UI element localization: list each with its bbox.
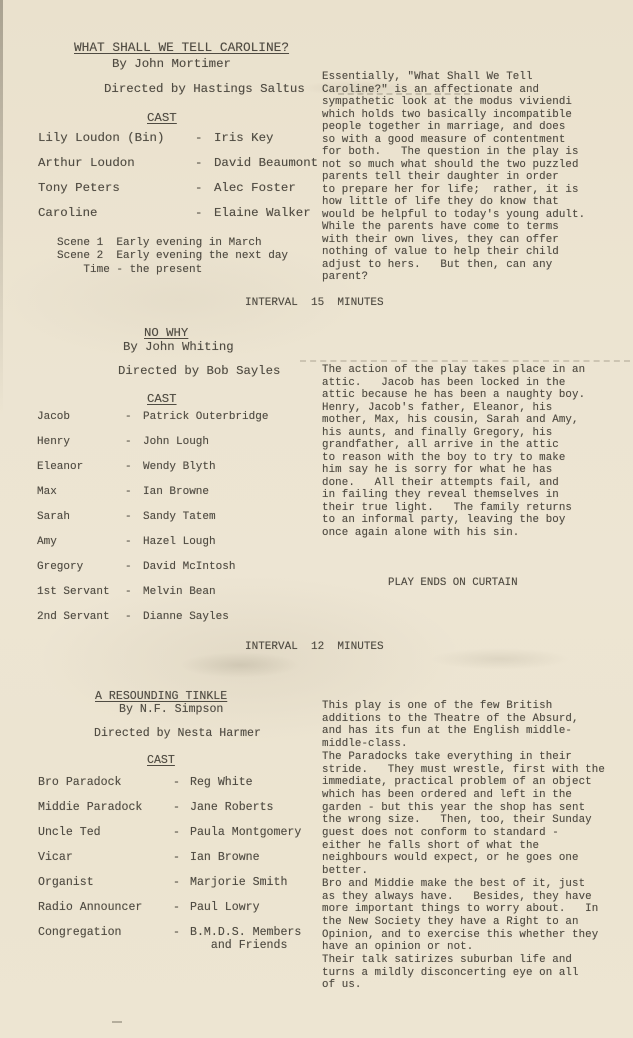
cast-role: Uncle Ted xyxy=(38,826,101,839)
cast-role: Arthur Loudon xyxy=(38,156,135,170)
cast-role: Jacob xyxy=(37,410,70,424)
cast-role: Tony Peters xyxy=(38,181,120,195)
play3-cast-heading: CAST xyxy=(147,754,175,767)
play3-cast-table: Bro Paradock-Reg WhiteMiddie Paradock-Ja… xyxy=(38,776,338,951)
play-ends-note: PLAY ENDS ON CURTAIN xyxy=(388,577,518,589)
cast-actor: Paul Lowry xyxy=(190,901,260,914)
cast-row: Tony Peters-Alec Foster xyxy=(38,181,338,206)
cast-dash: - xyxy=(195,131,202,145)
play3-byline: By N.F. Simpson xyxy=(119,703,223,716)
cast-row: Uncle Ted-Paula Montgomery xyxy=(38,826,338,851)
play3-description: This play is one of the few British addi… xyxy=(322,700,630,992)
play2-director: Directed by Bob Sayles xyxy=(118,364,280,378)
cast-role: Bro Paradock xyxy=(38,776,122,789)
cast-row: Middie Paradock-Jane Roberts xyxy=(38,801,338,826)
cast-dash: - xyxy=(125,610,132,624)
cast-dash: - xyxy=(173,926,180,939)
cast-actor: Patrick Outerbridge xyxy=(143,410,268,424)
play1-director: Directed by Hastings Saltus xyxy=(104,82,305,96)
cast-actor: Hazel Lough xyxy=(143,535,216,549)
cast-role: Organist xyxy=(38,876,94,889)
cast-actor: Wendy Blyth xyxy=(143,460,216,474)
cast-dash: - xyxy=(125,510,132,524)
interval-1-label: INTERVAL 15 MINUTES xyxy=(245,297,384,309)
cast-row: Sarah-Sandy Tatem xyxy=(37,510,337,535)
cast-dash: - xyxy=(125,560,132,574)
cast-role: Gregory xyxy=(37,560,83,574)
scan-artifact xyxy=(180,652,300,678)
play1-scene-notes: Scene 1 Early evening in March Scene 2 E… xyxy=(57,237,288,277)
play1-title: WHAT SHALL WE TELL CAROLINE? xyxy=(74,41,289,55)
scan-artifact xyxy=(430,648,570,670)
cast-role: Lily Loudon (Bin) xyxy=(38,131,164,145)
cast-actor: Jane Roberts xyxy=(190,801,274,814)
cast-row: Bro Paradock-Reg White xyxy=(38,776,338,801)
cast-actor: Elaine Walker xyxy=(214,206,311,220)
play2-description: The action of the play takes place in an… xyxy=(322,364,630,539)
scan-artifact xyxy=(112,1021,122,1023)
cast-row: Lily Loudon (Bin)-Iris Key xyxy=(38,131,338,156)
scanned-programme-page: WHAT SHALL WE TELL CAROLINE? By John Mor… xyxy=(0,0,633,1038)
cast-role: 2nd Servant xyxy=(37,610,110,624)
interval-2-label: INTERVAL 12 MINUTES xyxy=(245,641,384,653)
play1-cast-heading: CAST xyxy=(147,111,177,125)
cast-role: Caroline xyxy=(38,206,98,220)
cast-row: Vicar-Ian Browne xyxy=(38,851,338,876)
cast-row: Max-Ian Browne xyxy=(37,485,337,510)
cast-actor: Paula Montgomery xyxy=(190,826,301,839)
cast-actor: Alec Foster xyxy=(214,181,296,195)
cast-role: Middie Paradock xyxy=(38,801,142,814)
cast-row: Henry-John Lough xyxy=(37,435,337,460)
play2-title: NO WHY xyxy=(144,326,188,340)
cast-actor: John Lough xyxy=(143,435,209,449)
cast-dash: - xyxy=(125,435,132,449)
cast-actor: Reg White xyxy=(190,776,253,789)
scan-edge-shadow xyxy=(0,0,3,520)
cast-dash: - xyxy=(195,156,202,170)
cast-actor: Melvin Bean xyxy=(143,585,216,599)
cast-role: 1st Servant xyxy=(37,585,110,599)
cast-dash: - xyxy=(173,826,180,839)
cast-actor: Sandy Tatem xyxy=(143,510,216,524)
cast-row: Amy-Hazel Lough xyxy=(37,535,337,560)
cast-dash: - xyxy=(125,585,132,599)
cast-dash: - xyxy=(173,776,180,789)
cast-dash: - xyxy=(173,901,180,914)
cast-role: Sarah xyxy=(37,510,70,524)
cast-row: Caroline-Elaine Walker xyxy=(38,206,338,231)
cast-role: Amy xyxy=(37,535,57,549)
play2-cast-heading: CAST xyxy=(147,392,177,406)
cast-actor: Iris Key xyxy=(214,131,274,145)
cast-row: Eleanor-Wendy Blyth xyxy=(37,460,337,485)
cast-role: Vicar xyxy=(38,851,73,864)
cast-dash: - xyxy=(125,410,132,424)
cast-actor: Ian Browne xyxy=(190,851,260,864)
cast-role: Congregation xyxy=(38,926,122,939)
cast-actor: David Beaumont xyxy=(214,156,318,170)
cast-role: Henry xyxy=(37,435,70,449)
scan-artifact xyxy=(300,360,630,362)
cast-row: Gregory-David McIntosh xyxy=(37,560,337,585)
cast-role: Max xyxy=(37,485,57,499)
play2-cast-table: Jacob-Patrick OuterbridgeHenry-John Loug… xyxy=(37,410,337,635)
cast-actor: David McIntosh xyxy=(143,560,235,574)
cast-row: Congregation-B.M.D.S. Members and Friend… xyxy=(38,926,338,951)
cast-role: Radio Announcer xyxy=(38,901,142,914)
cast-dash: - xyxy=(125,535,132,549)
play1-cast-table: Lily Loudon (Bin)-Iris KeyArthur Loudon-… xyxy=(38,131,338,231)
cast-dash: - xyxy=(195,206,202,220)
play2-byline: By John Whiting xyxy=(123,340,234,354)
play1-byline: By John Mortimer xyxy=(112,57,231,71)
play1-description: Essentially, "What Shall We Tell Carolin… xyxy=(322,71,630,284)
cast-role: Eleanor xyxy=(37,460,83,474)
cast-row: Jacob-Patrick Outerbridge xyxy=(37,410,337,435)
cast-dash: - xyxy=(125,460,132,474)
cast-actor: B.M.D.S. Members and Friends xyxy=(190,926,301,952)
cast-actor: Ian Browne xyxy=(143,485,209,499)
cast-row: 1st Servant-Melvin Bean xyxy=(37,585,337,610)
cast-dash: - xyxy=(125,485,132,499)
cast-actor: Marjorie Smith xyxy=(190,876,287,889)
play3-title: A RESOUNDING TINKLE xyxy=(95,690,227,703)
cast-actor: Dianne Sayles xyxy=(143,610,229,624)
cast-dash: - xyxy=(173,851,180,864)
play3-director: Directed by Nesta Harmer xyxy=(94,727,261,740)
cast-row: 2nd Servant-Dianne Sayles xyxy=(37,610,337,635)
cast-row: Radio Announcer-Paul Lowry xyxy=(38,901,338,926)
cast-dash: - xyxy=(195,181,202,195)
cast-dash: - xyxy=(173,801,180,814)
cast-dash: - xyxy=(173,876,180,889)
cast-row: Organist-Marjorie Smith xyxy=(38,876,338,901)
cast-row: Arthur Loudon-David Beaumont xyxy=(38,156,338,181)
